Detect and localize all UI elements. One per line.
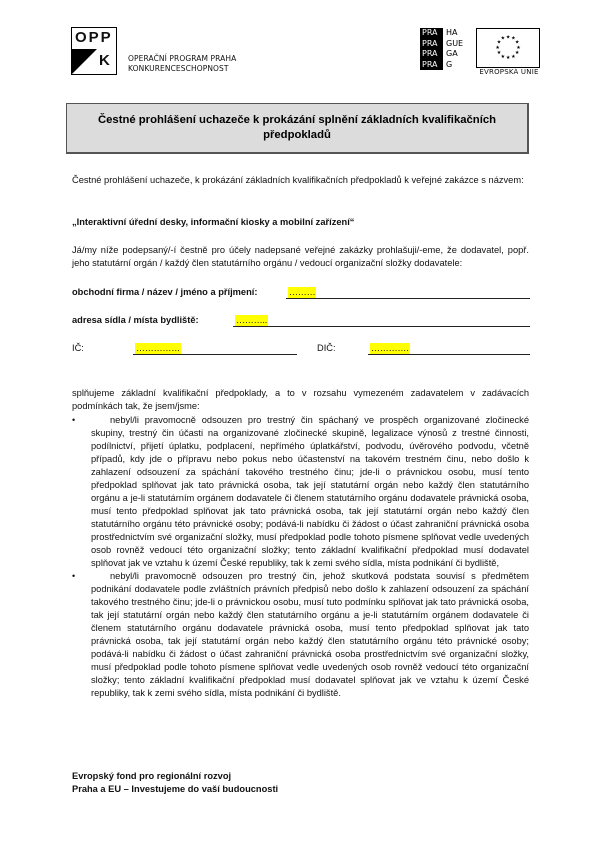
praha-logo-text: GUE xyxy=(446,39,466,50)
praha-logo-right-column: HA GUE GA G xyxy=(442,28,466,70)
firm-field-row: obchodní firma / název / jméno a příjmen… xyxy=(72,287,530,301)
address-input[interactable]: ……….. xyxy=(235,315,268,326)
footer-fund-line: Evropský fond pro regionální rozvoj xyxy=(72,770,278,783)
praha-logo-left-column: PRA PRA PRA PRA xyxy=(420,28,442,70)
oppk-logo-row2: K xyxy=(99,52,110,69)
ic-underline xyxy=(133,354,297,355)
praha-logo-text: HA xyxy=(446,28,466,39)
logo-triangle-shape xyxy=(72,49,97,74)
eu-stars-icon: ★★★★★★★★★★★★ xyxy=(477,29,539,67)
praha-logo-text: G xyxy=(446,60,466,71)
eu-label: EVROPSKÁ UNIE xyxy=(475,68,543,76)
dic-underline xyxy=(368,354,530,355)
list-item-text: nebyl/li pravomocně odsouzen pro trestný… xyxy=(91,571,529,698)
praha-logo-text: PRA xyxy=(422,49,442,60)
bullet-icon: • xyxy=(72,570,75,583)
svg-text:★: ★ xyxy=(501,36,506,42)
svg-text:★: ★ xyxy=(506,55,511,61)
address-label: adresa sídla / místa bydliště: xyxy=(72,315,199,325)
eu-flag-logo: ★★★★★★★★★★★★ xyxy=(476,28,540,68)
svg-text:★: ★ xyxy=(506,34,511,40)
dic-input[interactable]: …………. xyxy=(370,343,410,354)
list-item: • nebyl/li pravomocně odsouzen pro trest… xyxy=(72,570,529,700)
praha-logo: PRA PRA PRA PRA HA GUE GA G xyxy=(420,28,466,70)
footer: Evropský fond pro regionální rozvoj Prah… xyxy=(72,770,278,796)
firm-input[interactable]: ……… xyxy=(288,287,316,298)
svg-text:★: ★ xyxy=(515,40,520,46)
document-title: Čestné prohlášení uchazeče k prokázání s… xyxy=(67,113,527,143)
svg-text:★: ★ xyxy=(495,45,500,51)
ic-dic-field-row: IČ: …………… DIČ: …………. xyxy=(72,343,530,357)
praha-logo-text: PRA xyxy=(422,28,442,39)
title-box: Čestné prohlášení uchazeče k prokázání s… xyxy=(66,103,529,154)
svg-text:★: ★ xyxy=(497,50,502,56)
intro-paragraph: Čestné prohlášení uchazeče, k prokázání … xyxy=(72,174,529,187)
praha-logo-text: PRA xyxy=(422,39,442,50)
svg-text:★: ★ xyxy=(516,45,521,51)
oppk-text-line: KONKURENCESCHOPNOST xyxy=(128,64,236,74)
qualification-statement: splňujeme základní kvalifikační předpokl… xyxy=(72,387,529,413)
firm-underline xyxy=(286,298,530,299)
praha-logo-text: GA xyxy=(446,49,466,60)
dic-label: DIČ: xyxy=(317,343,336,353)
svg-text:★: ★ xyxy=(515,50,520,56)
list-item-text: nebyl/li pravomocně odsouzen pro trestný… xyxy=(91,415,529,568)
oppk-logo: OPP K xyxy=(71,27,117,75)
oppk-logo-row1: OPP xyxy=(75,29,113,46)
oppk-text-line: OPERAČNÍ PROGRAM PRAHA xyxy=(128,54,236,64)
ic-label: IČ: xyxy=(72,343,84,353)
requirements-list: • nebyl/li pravomocně odsouzen pro trest… xyxy=(72,414,529,700)
declarant-paragraph: Já/my níže podepsaný/-í čestně pro účely… xyxy=(72,244,529,270)
svg-text:★: ★ xyxy=(511,54,516,60)
address-underline xyxy=(233,326,530,327)
firm-label: obchodní firma / název / jméno a příjmen… xyxy=(72,287,257,297)
address-field-row: adresa sídla / místa bydliště: ……….. xyxy=(72,315,530,329)
praha-logo-text: PRA xyxy=(422,60,442,71)
footer-slogan-line: Praha a EU – Investujeme do vaší budoucn… xyxy=(72,783,278,796)
bullet-icon: • xyxy=(72,414,75,427)
list-item: • nebyl/li pravomocně odsouzen pro trest… xyxy=(72,414,529,570)
project-name: „Interaktivní úřední desky, informační k… xyxy=(72,216,529,229)
oppk-program-name: OPERAČNÍ PROGRAM PRAHA KONKURENCESCHOPNO… xyxy=(128,54,236,74)
ic-input[interactable]: …………… xyxy=(135,343,181,354)
svg-text:★: ★ xyxy=(501,54,506,60)
